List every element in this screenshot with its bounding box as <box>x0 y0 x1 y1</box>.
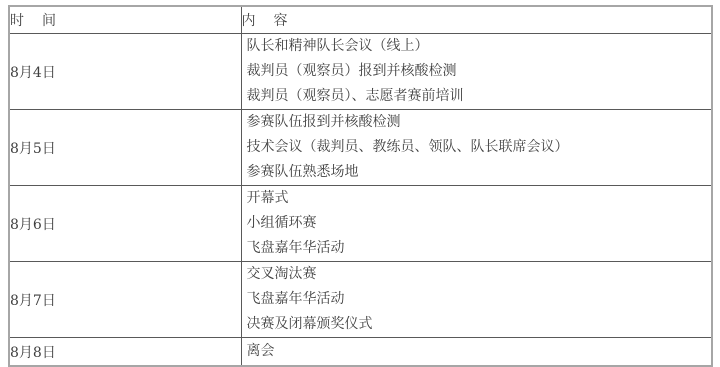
table-row-aug8: 8月8日 离会 <box>9 338 712 367</box>
schedule-item: 队长和精神队长会议（线上） <box>242 34 712 59</box>
table-row-aug6: 8月6日 开幕式 小组循环赛 飞盘嘉年华活动 <box>9 186 712 262</box>
schedule-item: 决赛及闭幕颁奖仪式 <box>242 312 712 337</box>
header-cell-content: 内 容 <box>241 6 712 34</box>
date-cell: 8月6日 <box>9 186 241 262</box>
schedule-item: 开幕式 <box>242 186 712 211</box>
date-cell: 8月7日 <box>9 262 241 338</box>
schedule-item: 飞盘嘉年华活动 <box>242 287 712 312</box>
schedule-item: 离会 <box>242 339 712 364</box>
content-cell: 离会 <box>241 338 712 367</box>
content-cell: 队长和精神队长会议（线上） 裁判员（观察员）报到并核酸检测 裁判员（观察员）、志… <box>241 34 712 110</box>
table-row-aug7: 8月7日 交叉淘汰赛 飞盘嘉年华活动 决赛及闭幕颁奖仪式 <box>9 262 712 338</box>
content-cell: 参赛队伍报到并核酸检测 技术会议（裁判员、教练员、领队、队长联席会议） 参赛队伍… <box>241 110 712 186</box>
schedule-item: 裁判员（观察员）、志愿者赛前培训 <box>242 84 712 109</box>
header-cell-time: 时 间 <box>9 6 241 34</box>
table-row-aug4: 8月4日 队长和精神队长会议（线上） 裁判员（观察员）报到并核酸检测 裁判员（观… <box>9 34 712 110</box>
schedule-item: 技术会议（裁判员、教练员、领队、队长联席会议） <box>242 135 712 160</box>
date-cell: 8月4日 <box>9 34 241 110</box>
date-cell: 8月5日 <box>9 110 241 186</box>
table-row-aug5: 8月5日 参赛队伍报到并核酸检测 技术会议（裁判员、教练员、领队、队长联席会议）… <box>9 110 712 186</box>
content-cell: 交叉淘汰赛 飞盘嘉年华活动 决赛及闭幕颁奖仪式 <box>241 262 712 338</box>
schedule-table: 时 间 内 容 8月4日 队长和精神队长会议（线上） 裁判员（观察员）报到并核酸… <box>8 5 713 367</box>
schedule-item: 裁判员（观察员）报到并核酸检测 <box>242 59 712 84</box>
schedule-item: 参赛队伍报到并核酸检测 <box>242 110 712 135</box>
date-cell: 8月8日 <box>9 338 241 367</box>
schedule-item: 小组循环赛 <box>242 211 712 236</box>
schedule-item: 参赛队伍熟悉场地 <box>242 160 712 185</box>
table-header-row: 时 间 内 容 <box>9 6 712 34</box>
content-cell: 开幕式 小组循环赛 飞盘嘉年华活动 <box>241 186 712 262</box>
schedule-item: 飞盘嘉年华活动 <box>242 236 712 261</box>
schedule-item: 交叉淘汰赛 <box>242 262 712 287</box>
